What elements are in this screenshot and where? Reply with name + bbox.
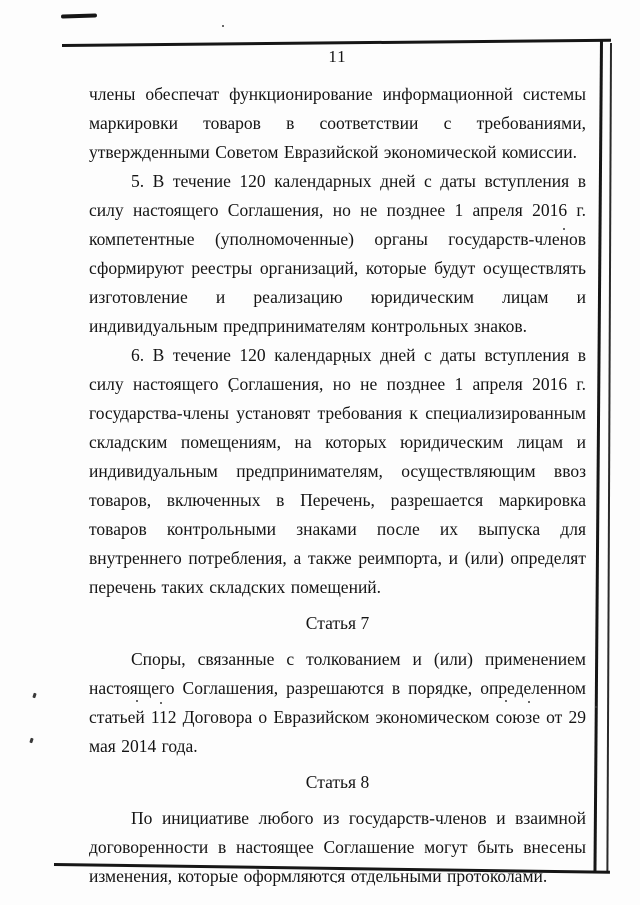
scan-speck	[344, 361, 346, 363]
page-number: 11	[89, 47, 586, 67]
article-7-heading: Статья 7	[89, 609, 586, 638]
scan-speck	[595, 706, 597, 708]
scan-mark-top-left	[61, 13, 97, 18]
scan-speck	[505, 700, 507, 702]
paragraph-article-7: Споры, связанные с толкованием и (или) п…	[89, 645, 586, 761]
paragraph-item-6: 6. В течение 120 календарных дней с даты…	[89, 341, 586, 602]
paragraph-article-8: По инициативе любого из государств-члено…	[89, 804, 586, 891]
scan-speck	[136, 700, 138, 702]
scan-speck	[29, 738, 33, 744]
page-edge-shadow	[606, 43, 612, 872]
scan-speck	[335, 881, 337, 883]
scan-speck	[32, 693, 36, 699]
paragraph-item-5: 5. В течение 120 календарных дней с даты…	[89, 167, 586, 341]
paragraph-continuation: члены обеспечат функционирование информа…	[89, 80, 586, 167]
page-border-right	[593, 40, 603, 871]
scan-speck	[231, 390, 233, 392]
scan-speck	[222, 25, 224, 27]
page-content: 11 члены обеспечат функционирование инфо…	[89, 44, 586, 891]
scan-speck	[563, 228, 565, 230]
scan-speck	[528, 701, 530, 703]
scan-speck	[160, 702, 162, 704]
article-8-heading: Статья 8	[89, 768, 586, 797]
